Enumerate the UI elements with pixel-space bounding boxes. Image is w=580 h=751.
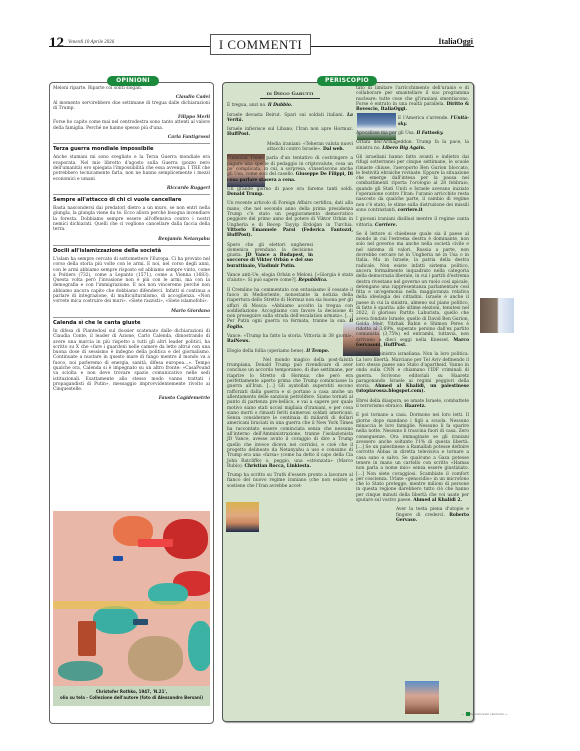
quote: Se il lettore si chiedesse quale sia il …: [356, 232, 469, 349]
trump-photo: [226, 502, 259, 532]
quote: Ebrei della diaspora, se amate Israele, …: [356, 399, 469, 410]
caption-line-2: olio su tela - Collezione dell'autore (f…: [53, 695, 210, 701]
quote: Financial Times parla d'un tentativo di …: [227, 156, 353, 182]
opinion-text: Al momento servirebbero due settimane di…: [53, 101, 210, 112]
quote: È tregua, anzi no. Il Dubbio.: [227, 103, 353, 108]
issue-date: Venerdì 10 Aprile 2026: [68, 40, 114, 45]
article-author: Benjamin Netanyahu: [53, 237, 210, 242]
article-author: Mario Giordano: [53, 309, 210, 314]
header-rule-left: [49, 46, 210, 47]
quote: Un grande giorno di pace ora faremo tant…: [227, 187, 353, 198]
article-text: Basta nascondersi dai predatori dietro a…: [53, 206, 210, 232]
quote: E poi tornano a casa. Dormono nei loro l…: [356, 413, 469, 503]
article-text: Anche stamani mi sono svegliato e la Ter…: [53, 155, 210, 181]
quote: Vance: «Trump ha fatto la storia. Vittor…: [227, 334, 353, 345]
article-heading: Terza guerra mondiale impossibile: [53, 143, 210, 153]
quote: tato di limitare l'arricchimento dell'ur…: [356, 86, 469, 112]
opinion-text: Forse ho capito come mai nel centrodestr…: [53, 120, 210, 131]
quote: Spero che gli elettori ungheresi domenic…: [227, 243, 313, 269]
quote: E l'America s'arrende. l'Unità-sky.: [398, 116, 469, 127]
article-text: In difesa di Piantedosi sul dossier scat…: [53, 329, 210, 393]
opinion-text: Meloni riparte. Riparte coi soliti sloga…: [53, 86, 210, 91]
opinioni-label: OPINIONI: [107, 76, 159, 86]
quote: Vance anti-Ue, elogia Orbán e Meloni. [«…: [227, 273, 353, 284]
quote: Gli israeliani hanno fatto avanti e indi…: [356, 155, 469, 213]
quote: Israele devasta Beirut. Spari sui soldat…: [227, 113, 353, 124]
quote: Il Cremlino ha commentato con entusiasmo…: [227, 288, 353, 330]
article-heading: Calenda sì che le canta giuste: [53, 317, 210, 327]
green-square-icon: [466, 712, 470, 716]
quote: Un recente articolo di Foreign Affairs c…: [227, 201, 353, 238]
section-title: I COMMENTI: [210, 34, 311, 55]
quote: Orfani dell'Armageddon. Trump fa la pace…: [356, 140, 469, 151]
header-rule-right: [311, 46, 474, 47]
quote: Trump ha scritto su Truth d'essere pront…: [227, 473, 353, 489]
opinioni-column: Meloni riparte. Riparte coi soliti sloga…: [53, 86, 210, 402]
periscopio-column-2: tato di limitare l'arricchimento dell'ur…: [356, 86, 469, 527]
opinion-author: Carla Fantigrossi: [53, 135, 210, 140]
article-heading: Docili all'islamizzazione della società: [53, 245, 210, 255]
quote: Israele infierisce sul Libano, l'Iran no…: [227, 127, 353, 138]
quote: Nel mondo magico della post-falsità trum…: [227, 358, 353, 469]
rothko-painting-image: [53, 511, 210, 686]
article-heading: Sempre all'attacco di chi ci vuole cance…: [53, 194, 210, 204]
quote: I giovani iraniani disillusi mentre il r…: [356, 217, 469, 228]
periscopio-column-1: di Diego Gabutti È tregua, anzi no. Il D…: [227, 92, 353, 493]
quote: Media iraniani: «Teheran valuta nuovi at…: [267, 142, 353, 153]
gervaso-photo: [405, 681, 439, 714]
quote: Invidio la sinistra israeliana. Non la l…: [356, 352, 469, 394]
brand-logo[interactable]: ItaliaOggi: [438, 37, 473, 46]
article-author: Fausto Cagidemetrio: [53, 396, 210, 401]
article-author: Riccardo Ruggeri: [53, 186, 210, 191]
israel-flag-photo: [480, 298, 514, 333]
article-text: L'islam ha sempre cercato di sottometter…: [53, 257, 210, 305]
painting-caption: Christofer Rothko, 1947, 'N.21', olio su…: [53, 686, 210, 706]
quote: Elogio della follia (speriamo bene). Il …: [227, 349, 353, 354]
quote: Apocalisse ma per gli Usa. Il Fattosky.: [356, 131, 469, 136]
periscopio-label: PERISCOPIO: [317, 76, 377, 86]
page-number: 12: [49, 35, 64, 52]
byline: di Diego Gabutti: [260, 92, 320, 99]
quote: Aver la testa piena d'utopie e fingere d…: [396, 507, 469, 523]
